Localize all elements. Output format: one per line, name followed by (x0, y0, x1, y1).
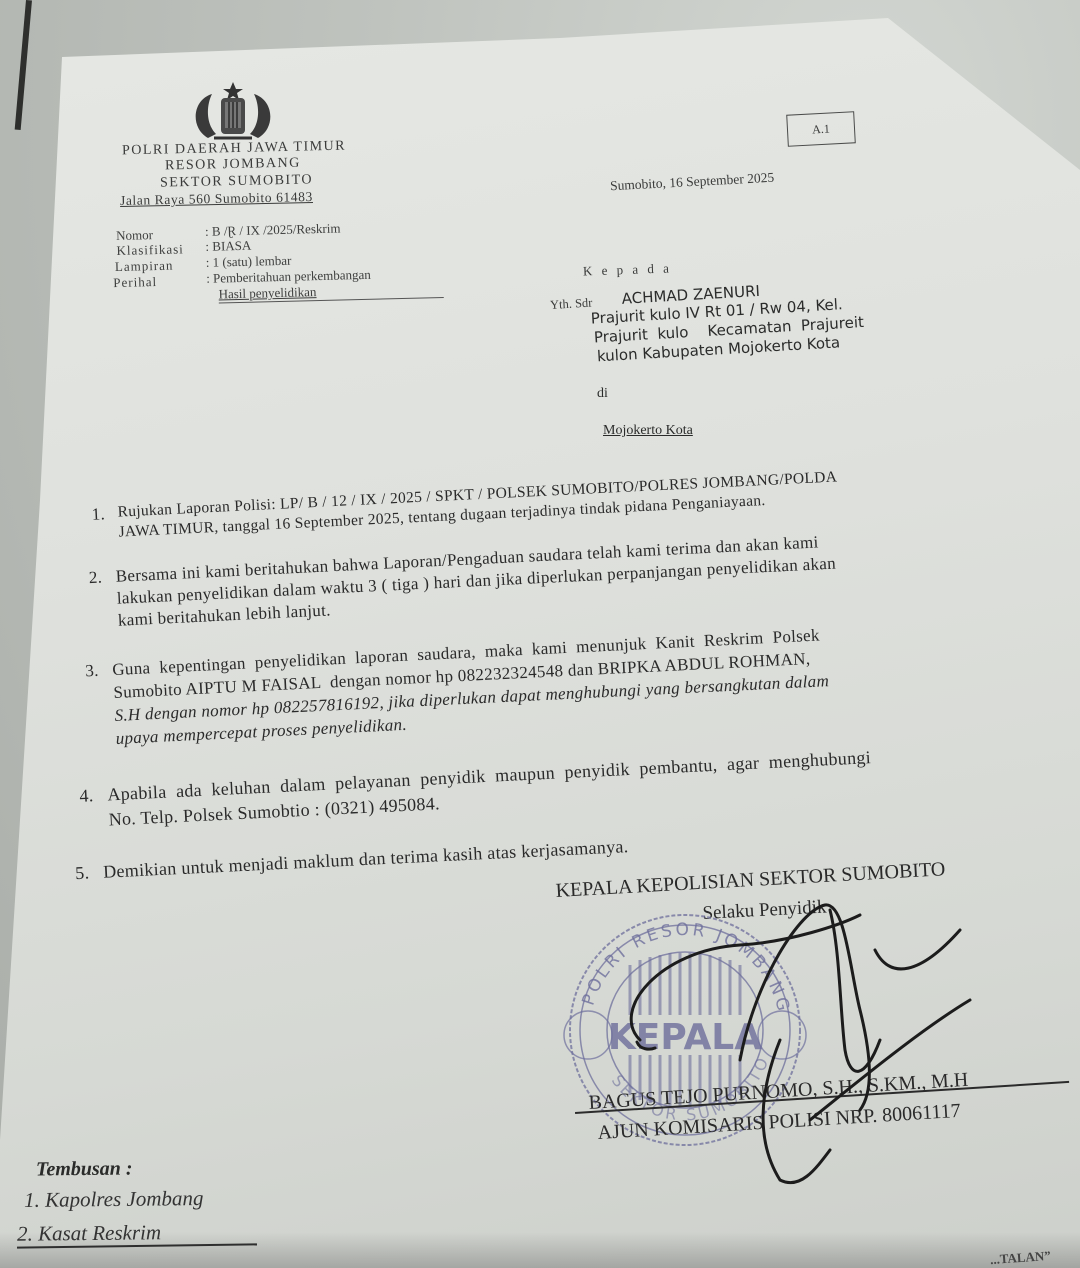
polri-emblem-icon (188, 80, 278, 144)
point-4-number: 4. (79, 785, 94, 807)
stamp-center-text: KEPALA (608, 1017, 762, 1058)
klasifikasi-label: Klasifikasi (116, 241, 184, 259)
klasifikasi-value: : BIASA (205, 238, 251, 255)
point-1-number: 1. (91, 504, 105, 525)
recipient-di: di (597, 386, 608, 402)
stamp-top-text: POLRI RESOR JOMBANG (579, 920, 794, 1016)
point-5-number: 5. (75, 862, 90, 884)
lampiran-label: Lampiran (115, 258, 174, 275)
recipient-city: Mojokerto Kota (603, 423, 693, 439)
letterhead-address: Jalan Raya 560 Sumobito 61483 (120, 189, 313, 209)
kepada-label: K e p a d a (583, 260, 672, 279)
nomor-value: : B /Ɽ / IX /2025/Reskrim (205, 221, 341, 240)
perihal-label: Perihal (113, 274, 157, 291)
point-4-line-1: Apabila ada keluhan dalam pelayanan peny… (107, 747, 872, 805)
tembusan-item-1: 1. Kapolres Jombang (24, 1186, 204, 1213)
point-2-number: 2. (88, 567, 102, 588)
place-date: Sumobito, 16 September 2025 (610, 170, 775, 195)
point-5-line-1: Demikian untuk menjadi maklum dan terima… (103, 836, 629, 883)
point-3-number: 3. (85, 661, 99, 682)
document-code-box: A.1 (786, 111, 856, 147)
letterhead-line-2: RESOR JOMBANG (165, 156, 301, 175)
letter-paper: POLRI DAERAH JAWA TIMUR RESOR JOMBANG SE… (0, 0, 1080, 1268)
svg-text:POLRI RESOR JOMBANG: POLRI RESOR JOMBANG (579, 920, 794, 1016)
signatory-title: KEPALA KEPOLISIAN SEKTOR SUMOBITO (555, 858, 946, 903)
tembusan-heading: Tembusan : (36, 1157, 133, 1181)
recipient-salutation: Yth. Sdr (550, 296, 593, 313)
hand-shadow (0, 1232, 1080, 1268)
